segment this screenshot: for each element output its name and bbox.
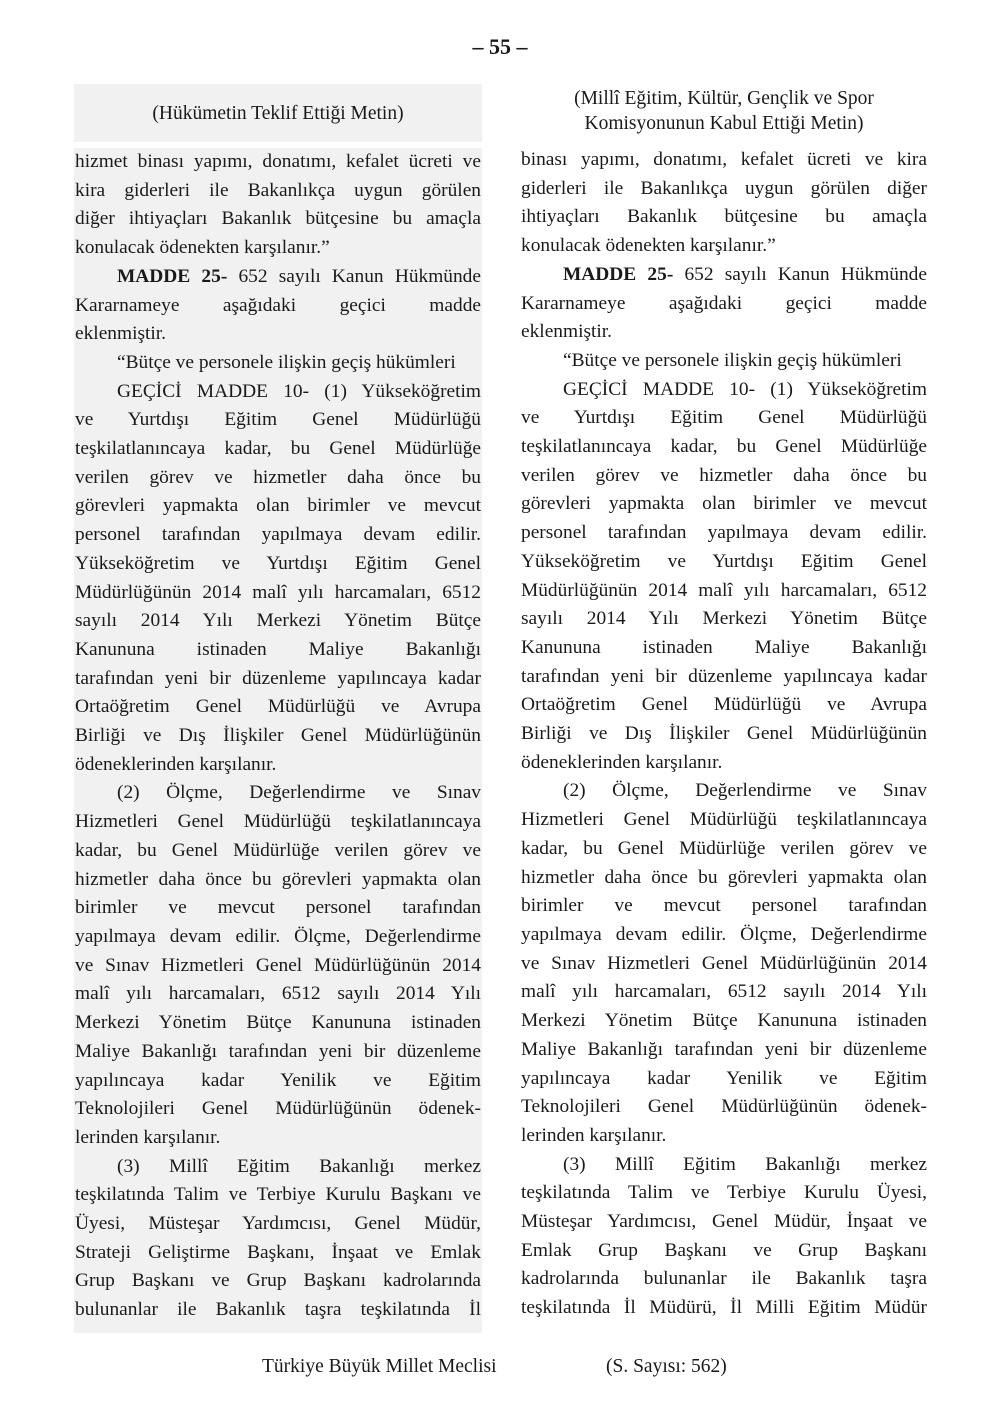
text-line: teşkilatında Talim ve Terbiye Kurulu Baş… [75, 1181, 481, 1210]
text-line: teşkilatında Talim ve Terbiye Kurulu Üye… [521, 1179, 927, 1208]
text-line: Yükseköğretim ve Yurtdışı Eğitim Genel [75, 550, 481, 579]
text-line: Grup Başkanı ve Grup Başkanı kadrolarınd… [75, 1267, 481, 1296]
text-line: verilen görev ve hizmetler daha önce bu [521, 462, 927, 491]
text-line: lerinden karşılanır. [75, 1124, 481, 1153]
text-line: Teknolojileri Genel Müdürlüğünün ödenek- [75, 1095, 481, 1124]
text-line: yapılıncaya kadar Yenilik ve Eğitim [75, 1067, 481, 1096]
right-column-header: (Millî Eğitim, Kültür, Gençlik ve Spor K… [520, 82, 928, 140]
text-line: teşkilatında İl Müdürü, İl Milli Eğitim … [521, 1294, 927, 1323]
text-line: Birliği ve Dış İlişkiler Genel Müdürlüğü… [521, 720, 927, 749]
text-line: yapılmaya devam edilir. Ölçme, Değerlend… [521, 921, 927, 950]
left-column-body: hizmet binası yapımı, donatımı, kefalet … [74, 148, 482, 1333]
page-number: – 55 – [0, 34, 1000, 60]
text-line: Ortaöğretim Genel Müdürlüğü ve Avrupa [521, 691, 927, 720]
text-line: Kararnameye aşağıdaki geçici madde [75, 292, 481, 321]
text-line: kira giderleri ile Bakanlıkça uygun görü… [75, 177, 481, 206]
text-line: (3) Millî Eğitim Bakanlığı merkez [75, 1153, 481, 1182]
text-line: Merkezi Yönetim Bütçe Kanununa istinaden [75, 1009, 481, 1038]
text-line: diğer ihtiyaçları Bakanlık bütçesine bu … [75, 205, 481, 234]
text-line: Merkezi Yönetim Bütçe Kanununa istinaden [521, 1007, 927, 1036]
text-line: Müsteşar Yardımcısı, Genel Müdür, İnşaat… [521, 1208, 927, 1237]
text-line: yapılmaya devam edilir. Ölçme, Değerlend… [75, 923, 481, 952]
footer-issue-number: (S. Sayısı: 562) [606, 1356, 727, 1378]
text-line: eklenmiştir. [75, 320, 481, 349]
left-column-header: (Hükümetin Teklif Ettiği Metin) [74, 84, 482, 142]
text-line: ihtiyaçları Bakanlık bütçesine bu amaçla [521, 203, 927, 232]
text-line: tarafından yeni bir düzenleme yapılıncay… [75, 665, 481, 694]
text-line: tarafından yeni bir düzenleme yapılıncay… [521, 663, 927, 692]
footer-institution: Türkiye Büyük Millet Meclisi [262, 1356, 497, 1378]
text-line: personel tarafından yapılmaya devam edil… [75, 521, 481, 550]
text-line: Emlak Grup Başkanı ve Grup Başkanı [521, 1237, 927, 1266]
text-line: konulacak ödenekten karşılanır.” [75, 234, 481, 263]
text-line: teşkilatlanıncaya kadar, bu Genel Müdürl… [75, 435, 481, 464]
text-line: sayılı 2014 Yılı Merkezi Yönetim Bütçe [75, 607, 481, 636]
text-line: Müdürlüğünün 2014 malî yılı harcamaları,… [75, 579, 481, 608]
text-line: “Bütçe ve personele ilişkin geçiş hüküml… [75, 349, 481, 378]
text-line: Birliği ve Dış İlişkiler Genel Müdürlüğü… [75, 722, 481, 751]
text-line: giderleri ile Bakanlıkça uygun görülen d… [521, 175, 927, 204]
text-line: Kanununa istinaden Maliye Bakanlığı [521, 634, 927, 663]
text-line: ve Yurtdışı Eğitim Genel Müdürlüğü [521, 404, 927, 433]
text-line: GEÇİCİ MADDE 10- (1) Yükseköğretim [521, 376, 927, 405]
text-line: sayılı 2014 Yılı Merkezi Yönetim Bütçe [521, 605, 927, 634]
text-line: Kararnameye aşağıdaki geçici madde [521, 290, 927, 319]
text-line: birimler ve mevcut personel tarafından [75, 894, 481, 923]
text-line: Müdürlüğünün 2014 malî yılı harcamaları,… [521, 577, 927, 606]
right-column-header-line-2: Komisyonunun Kabul Ettiği Metin) [574, 111, 874, 136]
text-line: (2) Ölçme, Değerlendirme ve Sınav [521, 777, 927, 806]
text-line: Teknolojileri Genel Müdürlüğünün ödenek- [521, 1093, 927, 1122]
text-line: verilen görev ve hizmetler daha önce bu [75, 464, 481, 493]
text-line: GEÇİCİ MADDE 10- (1) Yükseköğretim [75, 378, 481, 407]
text-line: hizmet binası yapımı, donatımı, kefalet … [75, 148, 481, 177]
text-line: Hizmetleri Genel Müdürlüğü teşkilatlanın… [75, 808, 481, 837]
text-line: Yükseköğretim ve Yurtdışı Eğitim Genel [521, 548, 927, 577]
text-line: “Bütçe ve personele ilişkin geçiş hüküml… [521, 347, 927, 376]
text-line: Strateji Geliştirme Başkanı, İnşaat ve E… [75, 1239, 481, 1268]
text-line: Maliye Bakanlığı tarafından yeni bir düz… [75, 1038, 481, 1067]
text-line: MADDE 25- 652 sayılı Kanun Hükmünde [75, 263, 481, 292]
article-label: MADDE 25- [117, 266, 227, 287]
text-line: hizmetler daha önce bu görevleri yapmakt… [75, 866, 481, 895]
right-column-header-line-1: (Millî Eğitim, Kültür, Gençlik ve Spor [574, 86, 874, 111]
text-line: kadar, bu Genel Müdürlüğe verilen görev … [521, 835, 927, 864]
text-line: yapılıncaya kadar Yenilik ve Eğitim [521, 1065, 927, 1094]
article-label: MADDE 25- [563, 264, 673, 285]
text-line: binası yapımı, donatımı, kefalet ücreti … [521, 146, 927, 175]
text-line: Kanununa istinaden Maliye Bakanlığı [75, 636, 481, 665]
right-column-body: binası yapımı, donatımı, kefalet ücreti … [520, 146, 928, 1331]
text-line: Üyesi, Müsteşar Yardımcısı, Genel Müdür, [75, 1210, 481, 1239]
text-line: teşkilatlanıncaya kadar, bu Genel Müdürl… [521, 433, 927, 462]
text-line: ve Sınav Hizmetleri Genel Müdürlüğünün 2… [75, 952, 481, 981]
text-line: görevleri yapmakta olan birimler ve mevc… [75, 492, 481, 521]
text-line: bulunanlar ile Bakanlık taşra teşkilatın… [75, 1296, 481, 1325]
government-proposal-column: (Hükümetin Teklif Ettiği Metin) hizmet b… [74, 84, 482, 1333]
text-line: malî yılı harcamaları, 6512 sayılı 2014 … [521, 978, 927, 1007]
text-line: ve Yurtdışı Eğitim Genel Müdürlüğü [75, 406, 481, 435]
text-line: Ortaöğretim Genel Müdürlüğü ve Avrupa [75, 693, 481, 722]
text-line: Maliye Bakanlığı tarafından yeni bir düz… [521, 1036, 927, 1065]
text-line: ödeneklerinden karşılanır. [75, 751, 481, 780]
text-line: Hizmetleri Genel Müdürlüğü teşkilatlanın… [521, 806, 927, 835]
text-line: birimler ve mevcut personel tarafından [521, 892, 927, 921]
text-line: ve Sınav Hizmetleri Genel Müdürlüğünün 2… [521, 950, 927, 979]
text-line: malî yılı harcamaları, 6512 sayılı 2014 … [75, 980, 481, 1009]
text-line: personel tarafından yapılmaya devam edil… [521, 519, 927, 548]
text-line: kadar, bu Genel Müdürlüğe verilen görev … [75, 837, 481, 866]
text-line: MADDE 25- 652 sayılı Kanun Hükmünde [521, 261, 927, 290]
text-line: konulacak ödenekten karşılanır.” [521, 232, 927, 261]
text-line: ödeneklerinden karşılanır. [521, 749, 927, 778]
text-line: hizmetler daha önce bu görevleri yapmakt… [521, 864, 927, 893]
text-line: (2) Ölçme, Değerlendirme ve Sınav [75, 779, 481, 808]
text-line: eklenmiştir. [521, 318, 927, 347]
text-line: görevleri yapmakta olan birimler ve mevc… [521, 490, 927, 519]
text-line: (3) Millî Eğitim Bakanlığı merkez [521, 1151, 927, 1180]
text-line: kadrolarında bulunanlar ile Bakanlık taş… [521, 1265, 927, 1294]
text-line: lerinden karşılanır. [521, 1122, 927, 1151]
committee-text-column: (Millî Eğitim, Kültür, Gençlik ve Spor K… [520, 84, 928, 1331]
